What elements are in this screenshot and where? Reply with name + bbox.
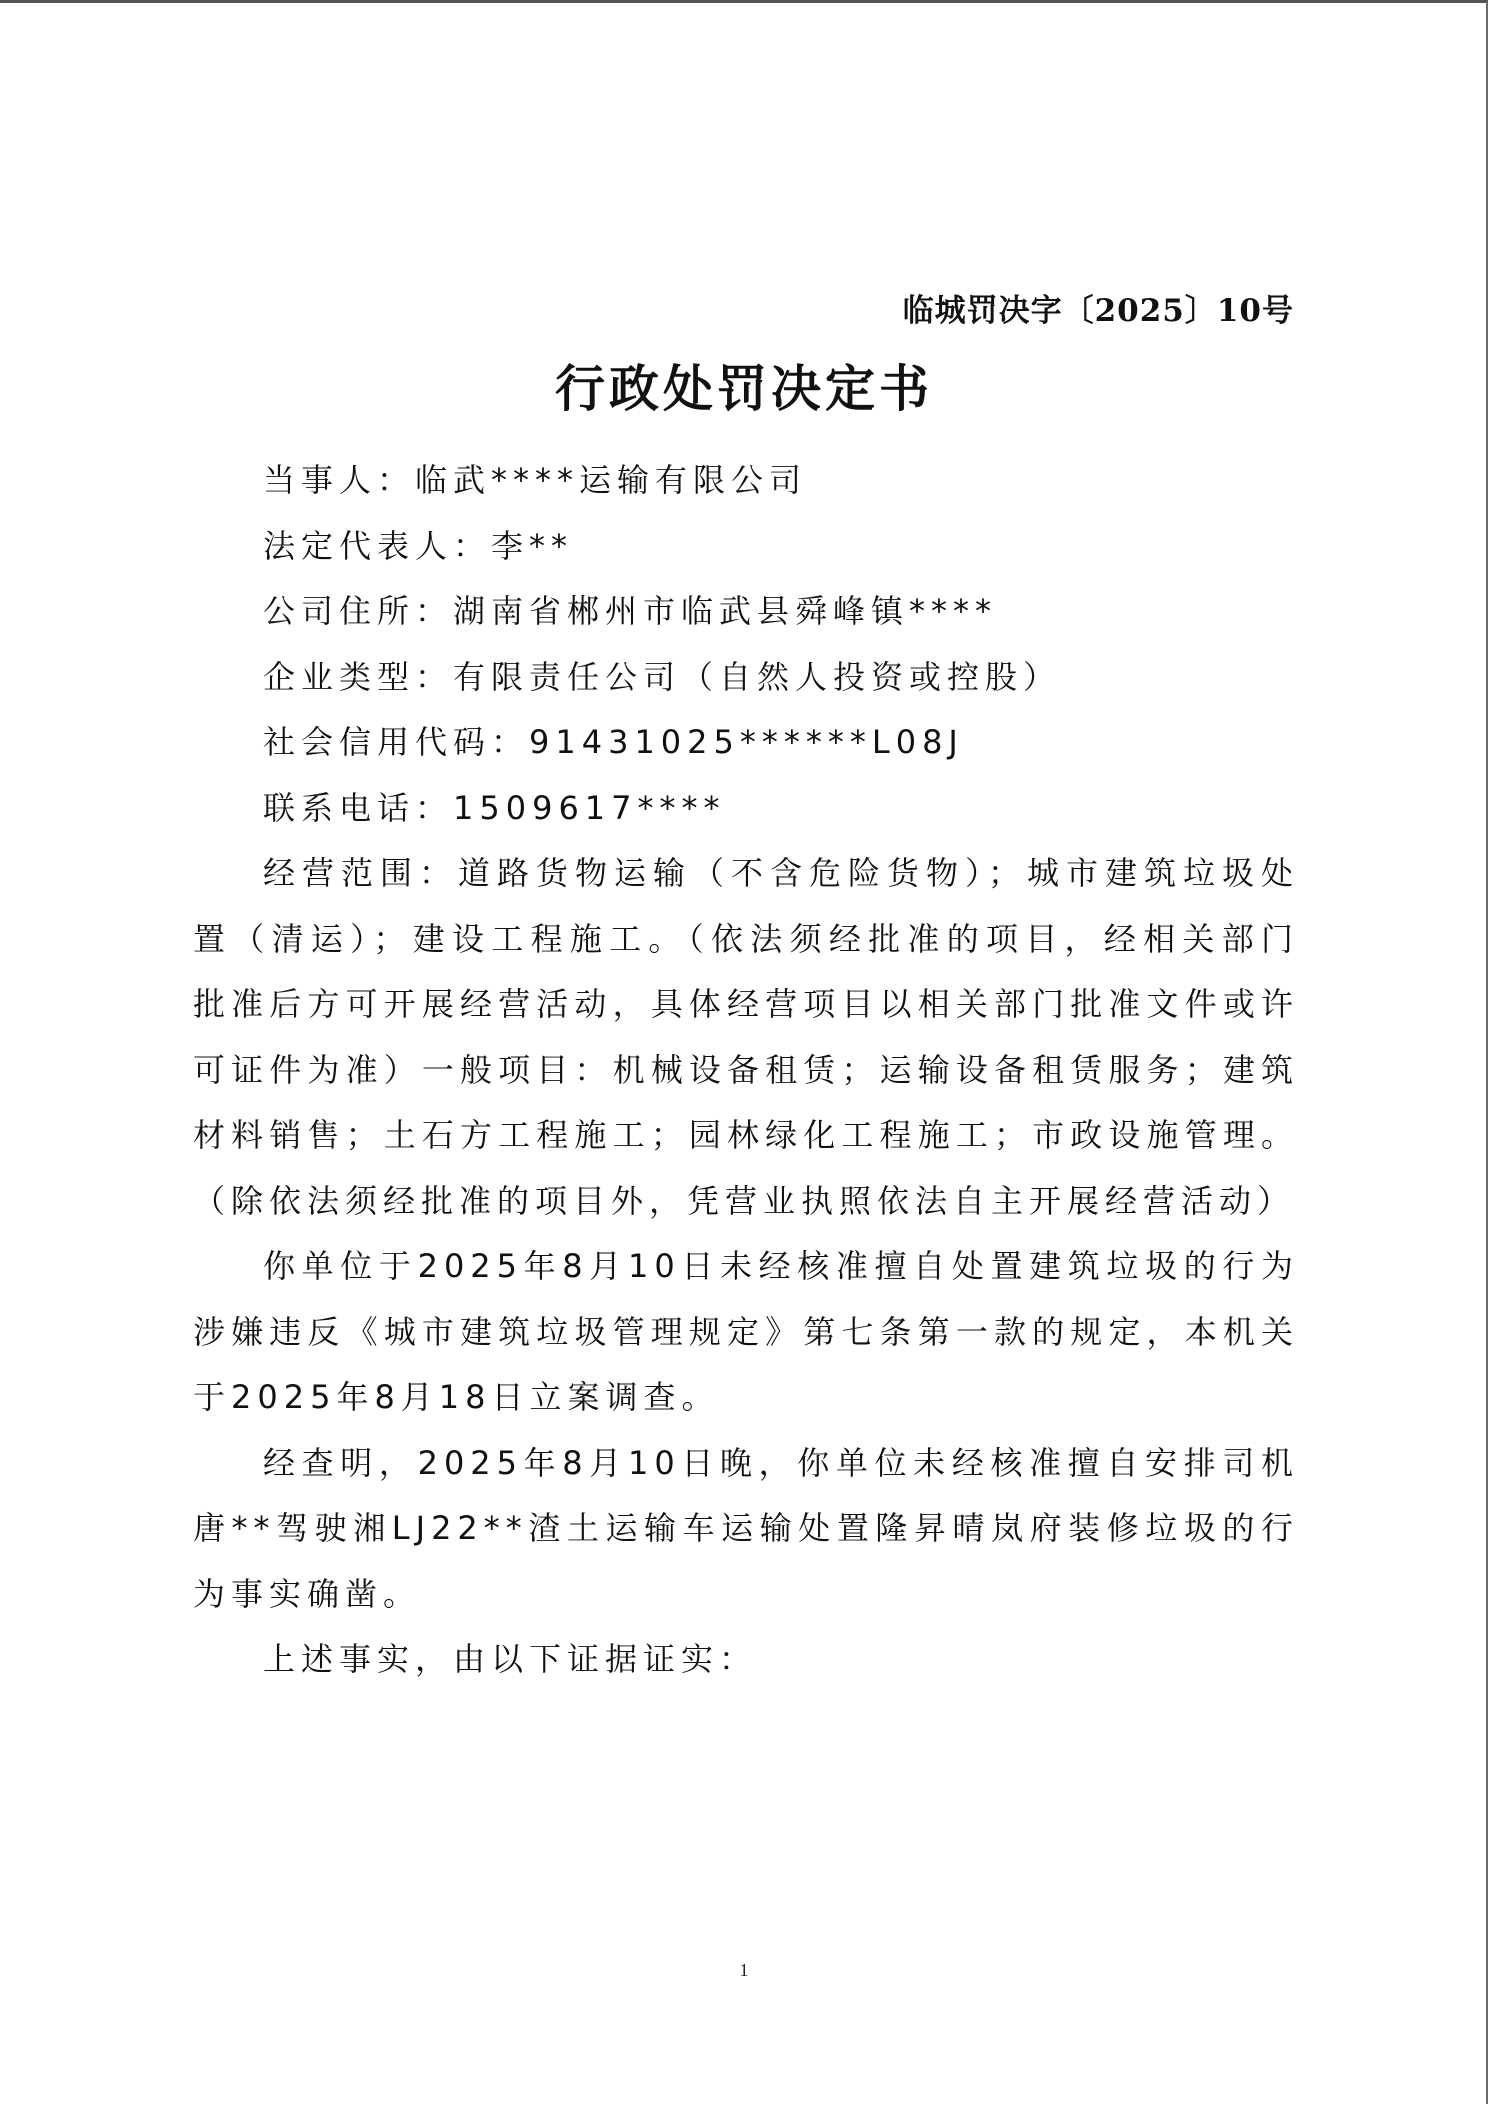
business-scope-paragraph: 经营范围：道路货物运输（不含危险货物）；城市建筑垃圾处置（清运）；建设工程施工。… bbox=[193, 841, 1299, 1234]
credit-code-line: 社会信用代码：91431025******L08J bbox=[193, 710, 1299, 776]
findings-paragraph: 经查明，2025年8月10日晚，你单位未经核准擅自安排司机唐**驾驶湘LJ22*… bbox=[193, 1431, 1299, 1628]
legal-representative-line: 法定代表人：李** bbox=[193, 514, 1299, 580]
company-address-line: 公司住所：湖南省郴州市临武县舜峰镇**** bbox=[193, 579, 1299, 645]
enterprise-type-line: 企业类型：有限责任公司（自然人投资或控股） bbox=[193, 645, 1299, 711]
document-page: 临城罚决字〔2025〕10号 行政处罚决定书 当事人：临武****运输有限公司 … bbox=[0, 0, 1488, 2104]
party-line: 当事人：临武****运输有限公司 bbox=[193, 448, 1299, 514]
document-title: 行政处罚决定书 bbox=[0, 355, 1488, 423]
document-body: 当事人：临武****运输有限公司 法定代表人：李** 公司住所：湖南省郴州市临武… bbox=[193, 448, 1299, 1693]
evidence-intro-paragraph: 上述事实，由以下证据证实： bbox=[193, 1627, 1299, 1693]
document-number: 临城罚决字〔2025〕10号 bbox=[903, 291, 1294, 331]
phone-line: 联系电话：1509617**** bbox=[193, 776, 1299, 842]
page-number: 1 bbox=[0, 1958, 1488, 1982]
violation-paragraph: 你单位于2025年8月10日未经核准擅自处置建筑垃圾的行为涉嫌违反《城市建筑垃圾… bbox=[193, 1234, 1299, 1431]
